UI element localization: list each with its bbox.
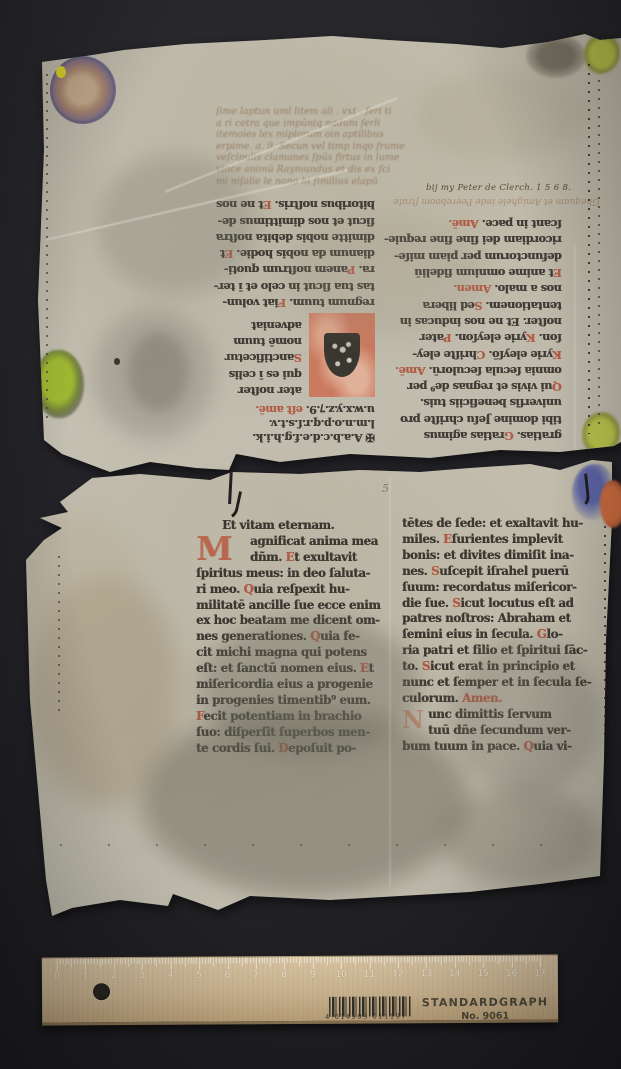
nunc-dimittis-paragraph: N unc dimittis ſervumtuū dñe ſecundum ve…: [402, 707, 596, 755]
barcode-digits: 4 014509 011197: [325, 1012, 417, 1021]
green-paint-chip: [584, 34, 620, 74]
magnificat-lines: agnificat anima meadñm. Et exultavitſpir…: [196, 534, 394, 757]
nunc-dimittis-lines: unc dimittis ſervumtuū dñe ſecundum ver-: [402, 707, 596, 739]
brown-stain: [30, 576, 180, 806]
yellow-paint-dot: [56, 66, 66, 78]
top-right-text-column: gratias. Gratias agimustibi domine Jeſu …: [398, 204, 562, 444]
ink-spot: [114, 358, 120, 365]
top-fragment: ſime laptun uml litem ali . vxt . ſeri t…: [36, 34, 621, 474]
prick-marks: [613, 546, 615, 766]
magnificat-paragraph: M agnificat anima meadñm. Et exultavitſp…: [196, 534, 394, 757]
flipped-faded-line: Ghequam et Amighele inde Peereboom ſtrat…: [393, 196, 599, 206]
top-fragment-parchment: ſime laptun uml litem ali . vxt . ſeri t…: [36, 34, 621, 474]
photo-stage: ſime laptun uml litem ali . vxt . ſeri t…: [0, 0, 621, 1069]
magnificat-end-lines: tētes de ſede: et exaltavit hu-miles. Eſ…: [402, 516, 596, 707]
bottom-fragment-parchment: 5 Et vitam eternam. M agnificat anima me…: [20, 456, 616, 918]
pater-noster-lines: regnum tuum. Fiat volun-tas tua ſicut in…: [163, 197, 375, 311]
initial-short-lines: ater noſterqui es ī celisSanctificeturno…: [163, 318, 375, 399]
ruler-model-label: No. 9061: [410, 1010, 560, 1022]
red-wax-spot: [600, 480, 621, 528]
prick-marks: [588, 64, 590, 434]
prick-marks: [598, 80, 600, 430]
olive-smudge: [526, 34, 586, 78]
ruler: 01234567891011121314151617 4 014509 0111…: [42, 954, 558, 1025]
ruler-hole: [93, 983, 110, 1000]
owner-inscription: bij my Peter de Clerch. 1 5 6 8.: [426, 183, 571, 193]
top-left-text-column: ✠ A.a.b.c.d.e.f.g.h.i.k.l.m.n.o.p.q.r.ſ.…: [163, 186, 375, 444]
prick-marks: [58, 556, 60, 716]
folio-mark: 5: [382, 482, 389, 495]
faded-annotation-block: ſime laptun uml litem ali . vxt . ſeri t…: [216, 106, 566, 187]
green-paint-chip: [582, 412, 620, 456]
pale-stain: [20, 516, 140, 636]
nunc-dimittis-last-line: bum tuum in pace. Quia vi-: [402, 739, 596, 755]
gray-stain: [440, 786, 600, 886]
ruler-scale: [42, 955, 558, 958]
pater-noster-paragraph: ater noſterqui es ī celisSanctificeturno…: [163, 197, 375, 399]
opening-line: Et vitam eternam.: [196, 518, 394, 534]
stitch-holes-row: [60, 844, 580, 846]
alphabet-lines: ✠ A.a.b.c.d.e.f.g.h.i.k.l.m.n.o.p.q.r.ſ.…: [163, 402, 375, 444]
bottom-fragment: 5 Et vitam eternam. M agnificat anima me…: [20, 456, 616, 918]
ruler-brand-label: STANDARDGRAPH: [410, 995, 560, 1009]
prick-marks: [604, 526, 606, 876]
green-lichen-blob: [36, 350, 84, 418]
bottom-right-text-column: tētes de ſede: et exaltavit hu-miles. Eſ…: [402, 516, 596, 768]
bottom-left-text-column: Et vitam eternam. M agnificat anima mead…: [196, 518, 394, 768]
